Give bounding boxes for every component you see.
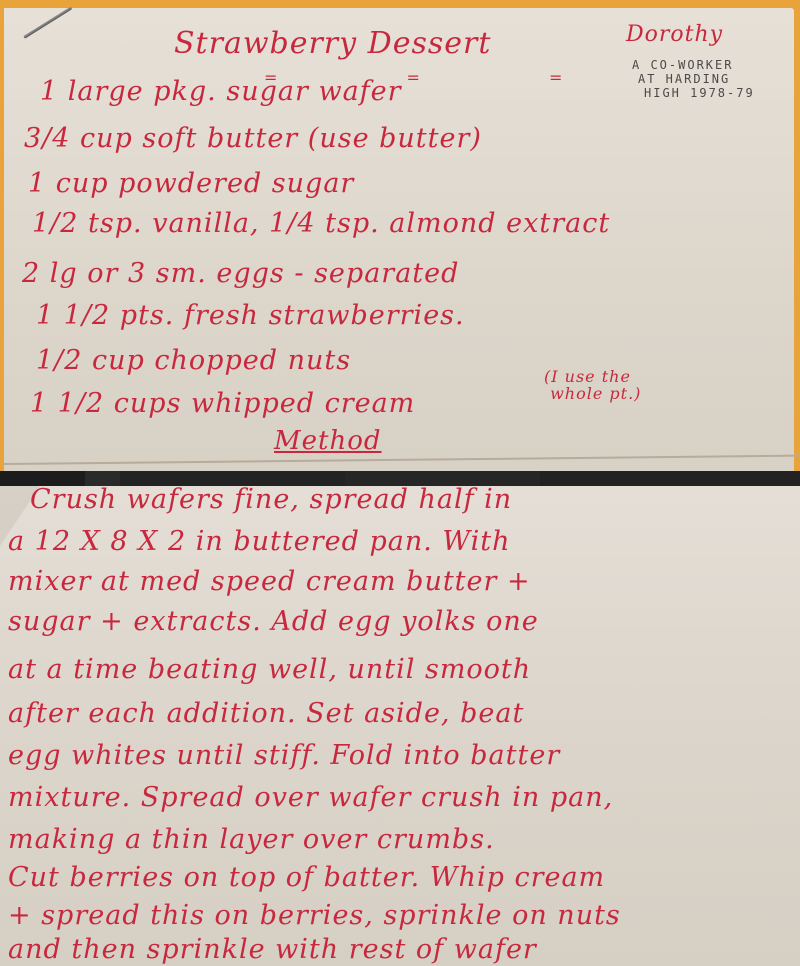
photo-separator <box>0 471 800 486</box>
method-line: Crush wafers fine, spread half in <box>30 486 512 515</box>
recipe-card-photo-top: Strawberry Dessert = = = Dorothy a co-wo… <box>0 0 800 471</box>
pencil-note-line: at Harding <box>632 72 755 86</box>
method-heading: Method <box>274 426 382 456</box>
method-line: making a thin layer over crumbs. <box>8 824 495 855</box>
ingredient-item: 1/2 tsp. vanilla, 1/4 tsp. almond extrac… <box>32 208 610 239</box>
ingredient-item: 1 cup powdered sugar <box>28 168 354 199</box>
method-line: + spread this on berries, sprinkle on nu… <box>8 900 621 931</box>
method-line: sugar + extracts. Add egg yolks one <box>8 606 539 637</box>
recipe-title: Strawberry Dessert <box>174 26 491 61</box>
method-line: mixer at med speed cream butter + <box>8 566 531 597</box>
ingredient-item: 1 1/2 cups whipped cream <box>30 388 415 419</box>
method-line: a 12 X 8 X 2 in buttered pan. With <box>8 526 511 557</box>
pencil-note-line: High 1978-79 <box>632 86 755 100</box>
ingredient-item: 3/4 cup soft butter (use butter) <box>24 123 482 154</box>
method-line: at a time beating well, until smooth <box>8 654 531 685</box>
ingredient-item: 2 lg or 3 sm. eggs - separated <box>22 258 459 289</box>
recipe-card-back: Crush wafers fine, spread half in a 12 X… <box>0 486 800 966</box>
method-line: after each addition. Set aside, beat <box>8 698 524 729</box>
pin-icon <box>23 7 72 39</box>
pencil-note: a co-worker at Harding High 1978-79 <box>632 58 755 100</box>
method-line: egg whites until stiff. Fold into batter <box>8 740 560 771</box>
pencil-note-line: a co-worker <box>632 58 755 72</box>
recipe-card-front: Strawberry Dessert = = = Dorothy a co-wo… <box>4 8 794 471</box>
cream-note: (I use the whole pt.) <box>544 368 641 402</box>
ingredient-item: 1 1/2 pts. fresh strawberries. <box>36 300 465 331</box>
method-line: mixture. Spread over wafer crush in pan, <box>8 782 613 813</box>
author-signature: Dorothy <box>626 22 723 47</box>
ingredient-item: 1 large pkg. sugar wafer <box>40 76 402 107</box>
method-line: and then sprinkle with rest of wafer <box>8 934 537 965</box>
method-line: Cut berries on top of batter. Whip cream <box>8 862 605 893</box>
card-edge <box>4 455 800 465</box>
ingredient-item: 1/2 cup chopped nuts <box>36 345 351 376</box>
recipe-card-photo-bottom: Crush wafers fine, spread half in a 12 X… <box>0 486 800 966</box>
